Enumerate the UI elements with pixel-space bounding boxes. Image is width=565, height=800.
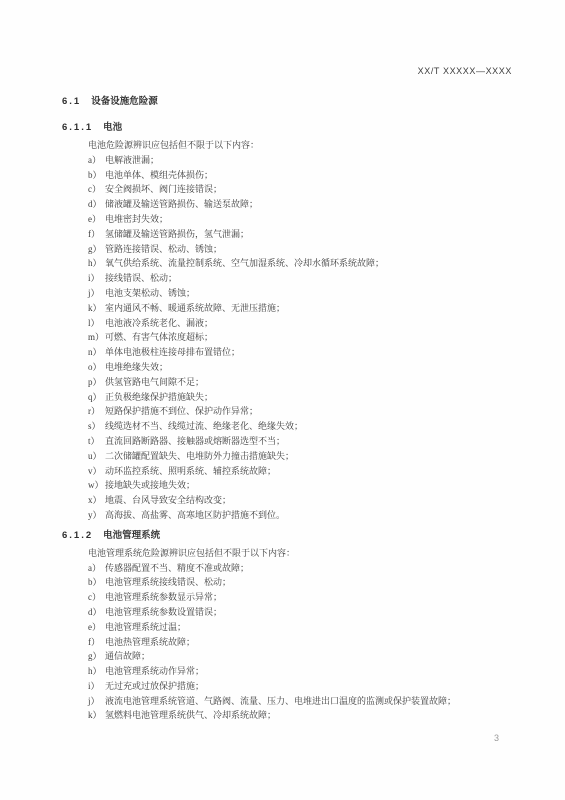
item-label: b） <box>88 575 105 590</box>
hazard-list-battery: a）电解液泄漏；b）电池单体、模组壳体损伤；c）安全阀损坏、阀门连接错误；d）储… <box>88 153 512 523</box>
item-text: 可燃、有害气体浓度超标； <box>105 332 213 342</box>
hazard-list-item: y）高海拔、高盐雾、高寒地区防护措施不到位。 <box>88 508 512 523</box>
item-label: s） <box>88 419 105 434</box>
subsection-title: 电池 <box>103 122 122 133</box>
hazard-list-item: c）安全阀损坏、阀门连接错误； <box>88 182 512 197</box>
item-text: 电池管理系统过温； <box>105 622 186 632</box>
item-label: g） <box>88 242 105 257</box>
item-text: 电池热管理系统故障； <box>105 637 195 647</box>
hazard-list-item: i）接线错误、松动； <box>88 271 512 286</box>
item-label: c） <box>88 182 105 197</box>
item-text: 通信故障； <box>105 651 150 661</box>
item-text: 氢储罐及输送管路损伤，氢气泄漏； <box>105 229 249 239</box>
item-text: 正负极绝缘保护措施缺失； <box>105 392 213 402</box>
item-text: 电堆密封失效； <box>105 214 168 224</box>
item-label: f） <box>88 227 105 242</box>
item-label: h） <box>88 256 105 271</box>
item-label: e） <box>88 212 105 227</box>
item-label: h） <box>88 664 105 679</box>
hazard-list-item: h）电池管理系统动作异常； <box>88 664 512 679</box>
item-label: n） <box>88 345 105 360</box>
item-text: 地震、台风导致安全结构改变； <box>105 495 231 505</box>
item-label: a） <box>88 153 105 168</box>
item-text: 电池液冷系统老化、漏液； <box>105 318 213 328</box>
hazard-list-item: x）地震、台风导致安全结构改变； <box>88 493 512 508</box>
hazard-list-item: r）短路保护措施不到位、保护动作异常； <box>88 404 512 419</box>
hazard-list-bms: a）传感器配置不当、精度不准或故障；b）电池管理系统接线错误、松动；c）电池管理… <box>88 561 512 724</box>
item-label: l） <box>88 316 105 331</box>
item-label: g） <box>88 649 105 664</box>
subsection-heading-bms: 6.1.2电池管理系统 <box>62 529 512 542</box>
hazard-list-item: b）电池单体、模组壳体损伤； <box>88 168 512 183</box>
subsection-number: 6.1.1 <box>62 122 93 133</box>
item-text: 短路保护措施不到位、保护动作异常； <box>105 406 258 416</box>
item-text: 直流回路断路器、接触器或熔断器选型不当； <box>105 436 285 446</box>
hazard-list-item: k）氢燃料电池管理系统供气、冷却系统故障； <box>88 708 512 723</box>
item-text: 接地缺失或接地失效； <box>105 480 195 490</box>
hazard-list-item: d）储液罐及输送管路损伤、输送泵故障； <box>88 197 512 212</box>
section-title: 设备设施危险源 <box>91 96 158 107</box>
item-text: 电池管理系统参数设置错误； <box>105 607 222 617</box>
item-label: f） <box>88 635 105 650</box>
item-label: i） <box>88 271 105 286</box>
hazard-list-item: w）接地缺失或接地失效； <box>88 478 512 493</box>
hazard-list-item: e）电堆密封失效； <box>88 212 512 227</box>
standard-code: XX/T XXXXX—XXXX <box>418 66 512 76</box>
hazard-list-item: l）电池液冷系统老化、漏液； <box>88 316 512 331</box>
item-label: c） <box>88 590 105 605</box>
list-intro-battery: 电池危险源辨识应包括但不限于以下内容： <box>88 138 512 153</box>
item-text: 室内通风不畅、暖通系统故障、无泄压措施； <box>105 303 285 313</box>
item-text: 高海拔、高盐雾、高寒地区防护措施不到位。 <box>105 510 285 520</box>
item-label: q） <box>88 390 105 405</box>
item-label: d） <box>88 605 105 620</box>
item-label: t） <box>88 434 105 449</box>
hazard-list-item: s）线缆选材不当、线缆过流、绝缘老化、绝缘失效； <box>88 419 512 434</box>
item-label: k） <box>88 708 105 723</box>
hazard-list-item: o）电堆绝缘失效； <box>88 360 512 375</box>
hazard-list-item: a）电解液泄漏； <box>88 153 512 168</box>
item-text: 动环监控系统、照明系统、辅控系统故障； <box>105 466 276 476</box>
hazard-list-item: i）无过充或过放保护措施； <box>88 679 512 694</box>
hazard-list-item: q）正负极绝缘保护措施缺失； <box>88 390 512 405</box>
hazard-list-item: u）二次储罐配置缺失、电堆防外力撞击措施缺失； <box>88 449 512 464</box>
item-text: 氧气供给系统、流量控制系统、空气加湿系统、冷却水循环系统故障； <box>105 258 384 268</box>
hazard-list-item: d）电池管理系统参数设置错误； <box>88 605 512 620</box>
item-text: 电解液泄漏； <box>105 155 159 165</box>
subsection-title: 电池管理系统 <box>103 530 160 541</box>
section-number: 6.1 <box>62 96 81 107</box>
section-heading: 6.1设备设施危险源 <box>62 95 512 108</box>
subsection-number: 6.1.2 <box>62 530 93 541</box>
page-header: XX/T XXXXX—XXXX <box>418 66 512 76</box>
document-page: XX/T XXXXX—XXXX 6.1设备设施危险源 6.1.1电池 电池危险源… <box>0 0 565 800</box>
item-text: 电池管理系统接线错误、松动； <box>105 577 231 587</box>
hazard-list-item: p）供氢管路电气间隙不足； <box>88 375 512 390</box>
hazard-list-item: j）液流电池管理系统管道、气路阀、流量、压力、电堆进出口温度的监测或保护装置故障… <box>88 694 512 709</box>
item-text: 电池支架松动、锈蚀； <box>105 288 195 298</box>
item-label: k） <box>88 301 105 316</box>
item-text: 无过充或过放保护措施； <box>105 681 204 691</box>
item-text: 传感器配置不当、精度不准或故障； <box>105 563 249 573</box>
item-text: 单体电池极柱连接母排布置错位； <box>105 347 240 357</box>
item-label: j） <box>88 286 105 301</box>
item-text: 安全阀损坏、阀门连接错误； <box>105 184 222 194</box>
item-text: 电堆绝缘失效； <box>105 362 168 372</box>
hazard-list-item: n）单体电池极柱连接母排布置错位； <box>88 345 512 360</box>
item-label: w） <box>88 478 105 493</box>
hazard-list-item: h）氧气供给系统、流量控制系统、空气加湿系统、冷却水循环系统故障； <box>88 256 512 271</box>
item-label: b） <box>88 168 105 183</box>
item-text: 电池管理系统参数显示异常； <box>105 592 222 602</box>
page-number: 3 <box>494 733 499 743</box>
hazard-list-item: f）氢储罐及输送管路损伤，氢气泄漏； <box>88 227 512 242</box>
hazard-list-item: b）电池管理系统接线错误、松动； <box>88 575 512 590</box>
item-label: v） <box>88 464 105 479</box>
item-text: 接线错误、松动； <box>105 273 177 283</box>
item-text: 二次储罐配置缺失、电堆防外力撞击措施缺失； <box>105 451 294 461</box>
hazard-list-item: a）传感器配置不当、精度不准或故障； <box>88 561 512 576</box>
item-label: d） <box>88 197 105 212</box>
hazard-list-item: g）管路连接错误、松动、锈蚀； <box>88 242 512 257</box>
hazard-list-item: e）电池管理系统过温； <box>88 620 512 635</box>
item-text: 液流电池管理系统管道、气路阀、流量、压力、电堆进出口温度的监测或保护装置故障； <box>105 696 456 706</box>
document-content: 6.1设备设施危险源 6.1.1电池 电池危险源辨识应包括但不限于以下内容： a… <box>62 95 512 723</box>
hazard-list-item: f）电池热管理系统故障； <box>88 635 512 650</box>
item-label: a） <box>88 561 105 576</box>
item-label: o） <box>88 360 105 375</box>
hazard-list-item: v）动环监控系统、照明系统、辅控系统故障； <box>88 464 512 479</box>
item-text: 氢燃料电池管理系统供气、冷却系统故障； <box>105 710 276 720</box>
item-text: 管路连接错误、松动、锈蚀； <box>105 244 222 254</box>
item-label: x） <box>88 493 105 508</box>
hazard-list-item: g）通信故障； <box>88 649 512 664</box>
item-text: 电池单体、模组壳体损伤； <box>105 170 213 180</box>
item-label: y） <box>88 508 105 523</box>
list-intro-bms: 电池管理系统危险源辨识应包括但不限于以下内容： <box>88 546 512 561</box>
hazard-list-item: m）可燃、有害气体浓度超标； <box>88 330 512 345</box>
item-label: r） <box>88 404 105 419</box>
item-label: u） <box>88 449 105 464</box>
item-label: m） <box>88 330 105 345</box>
item-label: i） <box>88 679 105 694</box>
item-text: 储液罐及输送管路损伤、输送泵故障； <box>105 199 258 209</box>
subsection-heading-battery: 6.1.1电池 <box>62 121 512 134</box>
hazard-list-item: c）电池管理系统参数显示异常； <box>88 590 512 605</box>
item-text: 电池管理系统动作异常； <box>105 666 204 676</box>
item-label: p） <box>88 375 105 390</box>
item-text: 线缆选材不当、线缆过流、绝缘老化、绝缘失效； <box>105 421 303 431</box>
hazard-list-item: t）直流回路断路器、接触器或熔断器选型不当； <box>88 434 512 449</box>
hazard-list-item: j）电池支架松动、锈蚀； <box>88 286 512 301</box>
item-label: e） <box>88 620 105 635</box>
item-label: j） <box>88 694 105 709</box>
hazard-list-item: k）室内通风不畅、暖通系统故障、无泄压措施； <box>88 301 512 316</box>
item-text: 供氢管路电气间隙不足； <box>105 377 204 387</box>
